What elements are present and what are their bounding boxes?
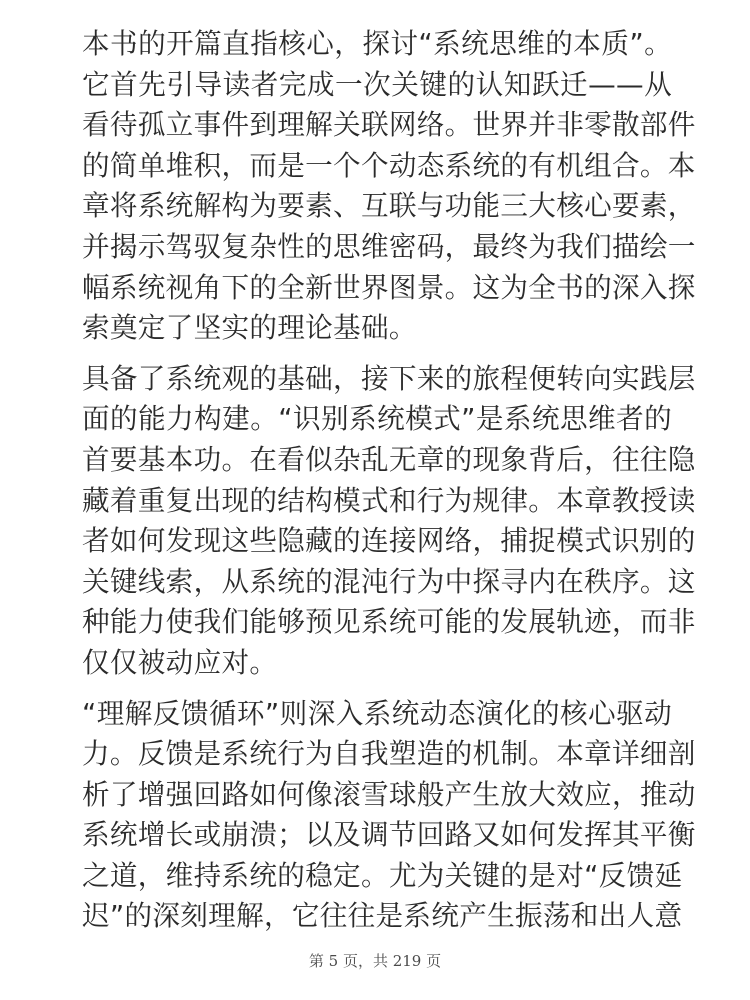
page-number-footer: 第 5 页，共 219 页 bbox=[0, 950, 750, 971]
text-line: 之道，维持系统的稳定。尤为关键的是对“反馈延 bbox=[82, 856, 672, 897]
text-line: 具备了系统观的基础，接下来的旅程便转向实践层 bbox=[82, 359, 672, 400]
paragraph-3: “理解反馈循环”则深入系统动态演化的核心驱动 力。反馈是系统行为自我塑造的机制。… bbox=[82, 694, 672, 938]
text-line: 看待孤立事件到理解关联网络。世界并非零散部件 bbox=[82, 105, 672, 146]
text-line: 并揭示驾驭复杂性的思维密码，最终为我们描绘一 bbox=[82, 227, 672, 268]
text-line: 幅系统视角下的全新世界图景。这为全书的深入探 bbox=[82, 268, 672, 309]
text-line: 章将系统解构为要素、互联与功能三大核心要素， bbox=[82, 186, 672, 227]
text-line: 种能力使我们能够预见系统可能的发展轨迹，而非 bbox=[82, 602, 672, 643]
text-line: 系统增长或崩溃；以及调节回路又如何发挥其平衡 bbox=[82, 815, 672, 856]
paragraph-1: 本书的开篇直指核心，探讨“系统思维的本质”。 它首先引导读者完成一次关键的认知跃… bbox=[82, 24, 672, 349]
text-line: 它首先引导读者完成一次关键的认知跃迁——从 bbox=[82, 65, 672, 106]
text-line: 迟”的深刻理解，它往往是系统产生振荡和出人意 bbox=[82, 896, 672, 937]
text-line: 者如何发现这些隐藏的连接网络，捕捉模式识别的 bbox=[82, 521, 672, 562]
text-line: 藏着重复出现的结构模式和行为规律。本章教授读 bbox=[82, 481, 672, 522]
text-line: 的简单堆积，而是一个个动态系统的有机组合。本 bbox=[82, 146, 672, 187]
paragraph-2: 具备了系统观的基础，接下来的旅程便转向实践层 面的能力构建。“识别系统模式”是系… bbox=[82, 359, 672, 684]
text-line: 本书的开篇直指核心，探讨“系统思维的本质”。 bbox=[82, 24, 672, 65]
text-line: 力。反馈是系统行为自我塑造的机制。本章详细剖 bbox=[82, 734, 672, 775]
text-line: 索奠定了坚实的理论基础。 bbox=[82, 308, 672, 349]
document-page: 本书的开篇直指核心，探讨“系统思维的本质”。 它首先引导读者完成一次关键的认知跃… bbox=[82, 24, 672, 947]
text-line: 面的能力构建。“识别系统模式”是系统思维者的 bbox=[82, 399, 672, 440]
text-line: “理解反馈循环”则深入系统动态演化的核心驱动 bbox=[82, 694, 672, 735]
text-line: 析了增强回路如何像滚雪球般产生放大效应，推动 bbox=[82, 775, 672, 816]
text-line: 关键线索，从系统的混沌行为中探寻内在秩序。这 bbox=[82, 562, 672, 603]
text-line: 仅仅被动应对。 bbox=[82, 643, 672, 684]
text-line: 首要基本功。在看似杂乱无章的现象背后，往往隐 bbox=[82, 440, 672, 481]
